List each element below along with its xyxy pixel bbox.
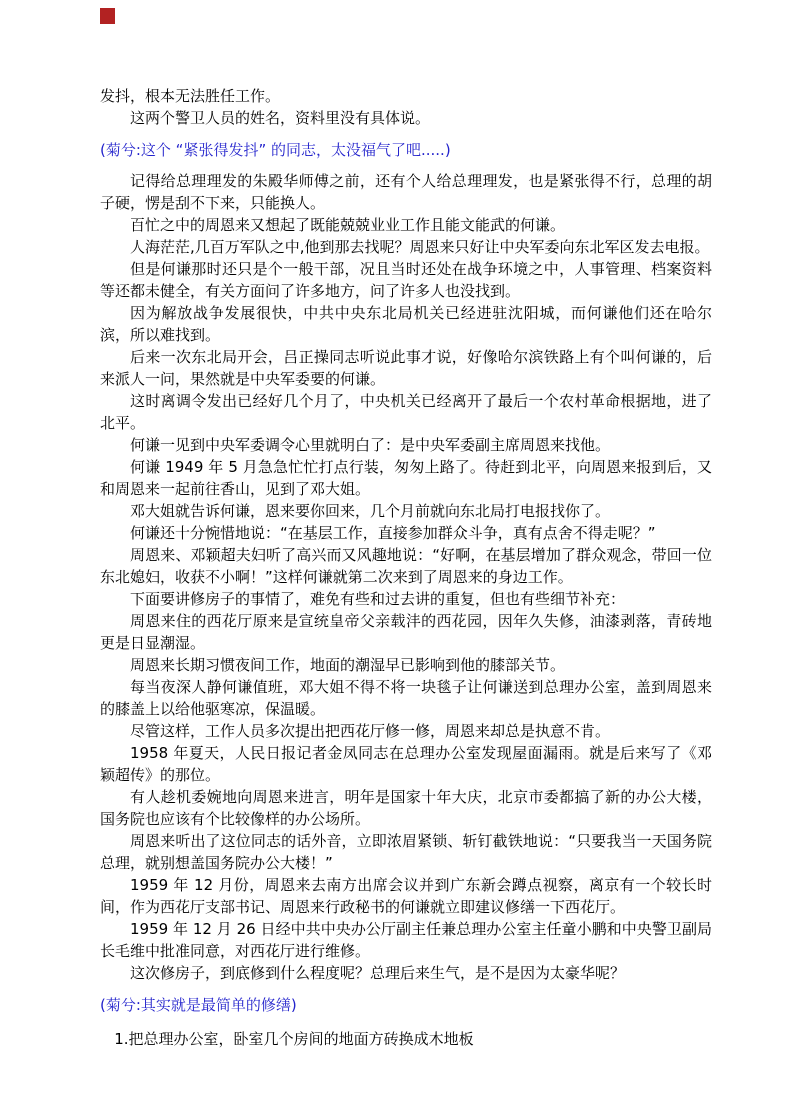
document-text-body: 发抖，根本无法胜任工作。这两个警卫人员的姓名，资料里没有具体说。(菊兮:这个 “… [100, 85, 712, 1050]
numbered-list-item: 1.把总理办公室，卧室几个房间的地面方砖换成木地板 [100, 1028, 712, 1050]
body-paragraph: 后来一次东北局开会，吕正操同志听说此事才说，好像哈尔滨铁路上有个叫何谦的，后来派… [100, 346, 712, 390]
body-paragraph: 何谦一见到中央军委调令心里就明白了：是中央军委副主席周恩来找他。 [100, 434, 712, 456]
body-paragraph: 邓大姐就告诉何谦，恩来要你回来，几个月前就向东北局打电报找你了。 [100, 500, 712, 522]
body-paragraph: 周恩来长期习惯夜间工作，地面的潮湿早已影响到他的膝部关节。 [100, 654, 712, 676]
body-paragraph: 百忙之中的周恩来又想起了既能兢兢业业工作且能文能武的何谦。 [100, 214, 712, 236]
body-paragraph: 人海茫茫,几百万军队之中,他到那去找呢？周恩来只好让中央军委向东北军区发去电报。 [100, 236, 712, 258]
body-paragraph: 这两个警卫人员的姓名，资料里没有具体说。 [100, 107, 712, 129]
body-paragraph: 这时离调令发出已经好几个月了，中央机关已经离开了最后一个农村革命根据地，进了北平… [100, 390, 712, 434]
body-paragraph: 但是何谦那时还只是个一般干部，况且当时还处在战争环境之中，人事管理、档案资料等还… [100, 258, 712, 302]
body-paragraph: 尽管这样，工作人员多次提出把西花厅修一修，周恩来却总是执意不肯。 [100, 720, 712, 742]
document-page: 发抖，根本无法胜任工作。这两个警卫人员的姓名，资料里没有具体说。(菊兮:这个 “… [0, 0, 800, 1100]
commenter-note-line: (菊兮:其实就是最简单的修缮) [100, 994, 712, 1016]
body-paragraph: 周恩来听出了这位同志的话外音，立即浓眉紧锁、斩钉截铁地说：“只要我当一天国务院总… [100, 830, 712, 874]
body-paragraph: 1958 年夏天，人民日报记者金凤同志在总理办公室发现屋面漏雨。就是后来写了《邓… [100, 742, 712, 786]
body-paragraph: 1959 年 12 月份，周恩来去南方出席会议并到广东新会蹲点视察，离京有一个较… [100, 874, 712, 918]
body-paragraph: 下面要讲修房子的事情了，难免有些和过去讲的重复，但也有些细节补充： [100, 588, 712, 610]
red-square-marker [100, 8, 115, 24]
body-paragraph: 何谦还十分惋惜地说：“在基层工作，直接参加群众斗争，真有点舍不得走呢？” [100, 522, 712, 544]
body-paragraph: 1959 年 12 月 26 日经中共中央办公厅副主任兼总理办公室主任童小鹏和中… [100, 918, 712, 962]
body-paragraph: 有人趁机委婉地向周恩来进言，明年是国家十年大庆，北京市委都搞了新的办公大楼，国务… [100, 786, 712, 830]
body-paragraph: 因为解放战争发展很快，中共中央东北局机关已经进驻沈阳城，而何谦他们还在哈尔滨，所… [100, 302, 712, 346]
body-paragraph: 周恩来住的西花厅原来是宣统皇帝父亲载沣的西花园，因年久失修，油漆剥落，青砖地更是… [100, 610, 712, 654]
body-paragraph: 发抖，根本无法胜任工作。 [100, 85, 712, 107]
body-paragraph: 周恩来、邓颖超夫妇听了高兴而又风趣地说：“好啊，在基层增加了群众观念，带回一位东… [100, 544, 712, 588]
body-paragraph: 每当夜深人静何谦值班，邓大姐不得不将一块毯子让何谦送到总理办公室，盖到周恩来的膝… [100, 676, 712, 720]
commenter-note-line: (菊兮:这个 “紧张得发抖” 的同志，太没福气了吧.....) [100, 139, 712, 161]
body-paragraph: 这次修房子，到底修到什么程度呢？总理后来生气，是不是因为太豪华呢？ [100, 962, 712, 984]
body-paragraph: 记得给总理理发的朱殿华师傅之前，还有个人给总理理发，也是紧张得不行，总理的胡子硬… [100, 170, 712, 214]
body-paragraph: 何谦 1949 年 5 月急急忙忙打点行装，匆匆上路了。待赶到北平，向周恩来报到… [100, 456, 712, 500]
